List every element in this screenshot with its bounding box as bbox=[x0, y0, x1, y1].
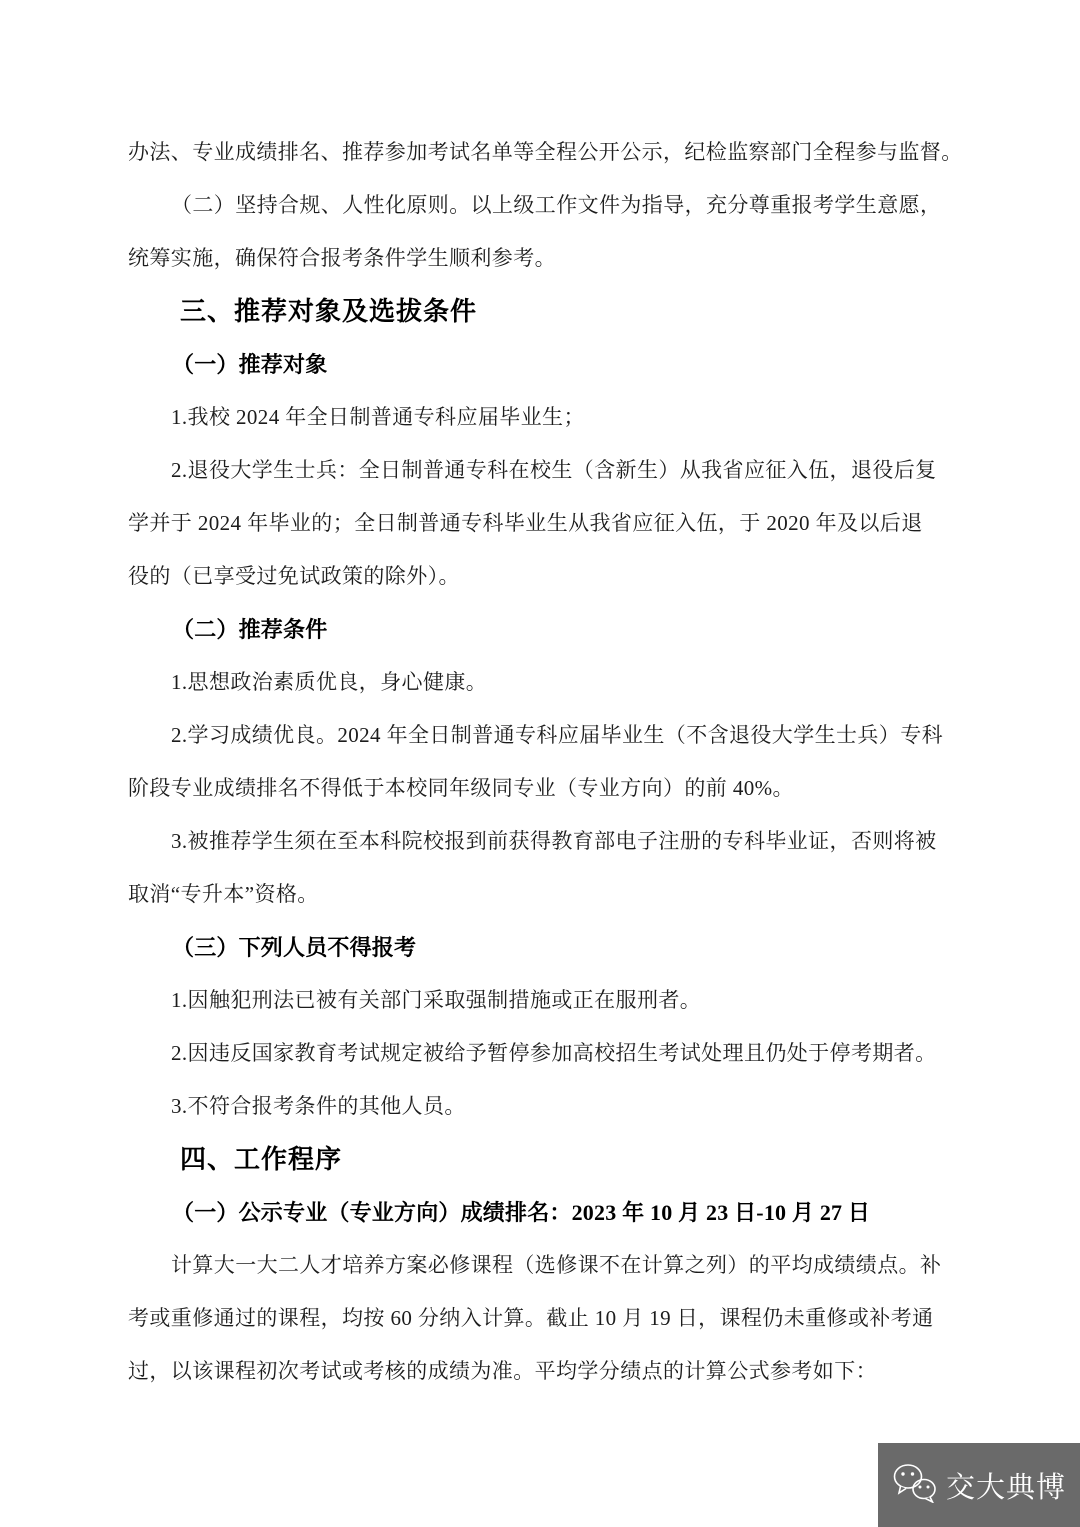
doc-line: 1.我校 2024 年全日制普通专科应届毕业生； bbox=[128, 391, 955, 444]
doc-line: （二）坚持合规、人性化原则。以上级工作文件为指导，充分尊重报考学生意愿， bbox=[128, 179, 955, 232]
doc-line: 阶段专业成绩排名不得低于本校同年级同专业（专业方向）的前 40%。 bbox=[128, 762, 955, 815]
doc-line: 役的（已享受过免试政策的除外）。 bbox=[128, 550, 955, 603]
subsection-heading: （三）下列人员不得报考 bbox=[128, 921, 955, 974]
document-body: 办法、专业成绩排名、推荐参加考试名单等全程公开公示，纪检监察部门全程参与监督。 … bbox=[128, 126, 955, 1398]
doc-line: 2.学习成绩优良。2024 年全日制普通专科应届毕业生（不含退役大学生士兵）专科 bbox=[128, 709, 955, 762]
doc-line: 3.被推荐学生须在至本科院校报到前获得教育部电子注册的专科毕业证，否则将被 bbox=[128, 815, 955, 868]
subsection-heading: （一）公示专业（专业方向）成绩排名：2023 年 10 月 23 日-10 月 … bbox=[128, 1186, 955, 1239]
doc-line: 2.退役大学生士兵：全日制普通专科在校生（含新生）从我省应征入伍，退役后复 bbox=[128, 444, 955, 497]
wechat-bubbles-icon bbox=[892, 1463, 938, 1508]
section-heading: 三、推荐对象及选拔条件 bbox=[128, 285, 955, 338]
doc-line: 学并于 2024 年毕业的；全日制普通专科毕业生从我省应征入伍，于 2020 年… bbox=[128, 497, 955, 550]
doc-line: 考或重修通过的课程，均按 60 分纳入计算。截止 10 月 19 日，课程仍未重… bbox=[128, 1292, 955, 1345]
document-page: 办法、专业成绩排名、推荐参加考试名单等全程公开公示，纪检监察部门全程参与监督。 … bbox=[0, 0, 1080, 1527]
doc-line: 计算大一大二人才培养方案必修课程（选修课不在计算之列）的平均成绩绩点。补 bbox=[128, 1239, 955, 1292]
subsection-heading: （一）推荐对象 bbox=[128, 338, 955, 391]
doc-line: 2.因违反国家教育考试规定被给予暂停参加高校招生考试处理且仍处于停考期者。 bbox=[128, 1027, 955, 1080]
watermark-label: 交大典博 bbox=[946, 1465, 1066, 1506]
doc-line: 办法、专业成绩排名、推荐参加考试名单等全程公开公示，纪检监察部门全程参与监督。 bbox=[128, 126, 955, 179]
doc-line: 3.不符合报考条件的其他人员。 bbox=[128, 1080, 955, 1133]
doc-line: 1.因触犯刑法已被有关部门采取强制措施或正在服刑者。 bbox=[128, 974, 955, 1027]
subsection-heading: （二）推荐条件 bbox=[128, 603, 955, 656]
doc-line: 统筹实施，确保符合报考条件学生顺利参考。 bbox=[128, 232, 955, 285]
doc-line: 1.思想政治素质优良，身心健康。 bbox=[128, 656, 955, 709]
doc-line: 过，以该课程初次考试或考核的成绩为准。平均学分绩点的计算公式参考如下： bbox=[128, 1345, 955, 1398]
publisher-watermark: 交大典博 bbox=[878, 1443, 1080, 1527]
doc-line: 取消“专升本”资格。 bbox=[128, 868, 955, 921]
section-heading: 四、工作程序 bbox=[128, 1133, 955, 1186]
